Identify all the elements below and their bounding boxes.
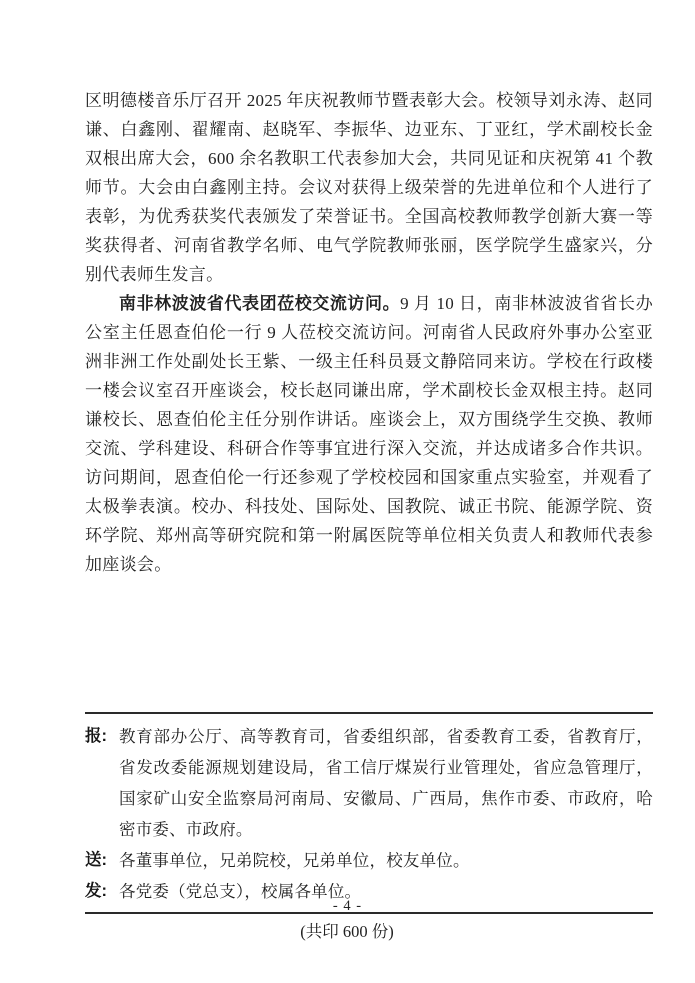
paragraph-delegation-text: 9 月 10 日，南非林波波省省长办公室主任恩查伯伦一行 9 人莅校交流访问。河… — [85, 294, 653, 574]
document-page: 区明德楼音乐厅召开 2025 年庆祝教师节暨表彰大会。校领导刘永涛、赵同谦、白鑫… — [0, 0, 695, 983]
paragraph-teachers-day: 区明德楼音乐厅召开 2025 年庆祝教师节暨表彰大会。校领导刘永涛、赵同谦、白鑫… — [85, 86, 653, 289]
distribution-row-report: 报: 教育部办公厅、高等教育司，省委组织部，省委教育工委，省教育厅，省发改委能源… — [85, 721, 653, 845]
page-number: - 4 - — [0, 898, 695, 915]
send-label: 送: — [85, 845, 119, 876]
print-count: (共印 600 份) — [63, 920, 631, 944]
document-body: 区明德楼音乐厅召开 2025 年庆祝教师节暨表彰大会。校领导刘永涛、赵同谦、白鑫… — [85, 86, 653, 579]
report-recipients: 教育部办公厅、高等教育司，省委组织部，省委教育工委，省教育厅，省发改委能源规划建… — [119, 721, 653, 845]
distribution-row-send: 送: 各董事单位，兄弟院校，兄弟单位，校友单位。 — [85, 845, 653, 876]
send-recipients: 各董事单位，兄弟院校，兄弟单位，校友单位。 — [119, 845, 653, 876]
report-label: 报: — [85, 721, 119, 752]
distribution-list: 报: 教育部办公厅、高等教育司，省委组织部，省委教育工委，省教育厅，省发改委能源… — [85, 714, 653, 907]
paragraph-delegation-visit: 南非林波波省代表团莅校交流访问。9 月 10 日，南非林波波省省长办公室主任恩查… — [85, 289, 653, 579]
paragraph-delegation-lead: 南非林波波省代表团莅校交流访问。 — [119, 294, 400, 313]
